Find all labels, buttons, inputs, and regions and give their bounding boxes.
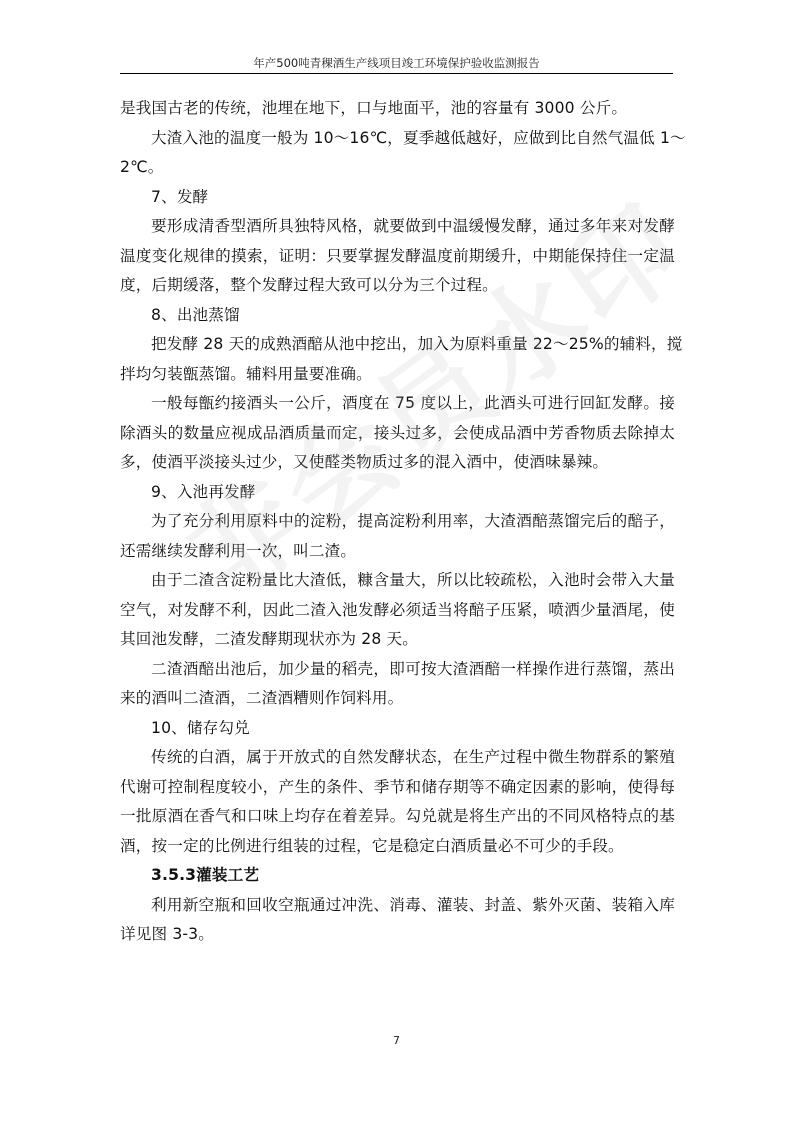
- text-line: 由于二渣含淀粉量比大渣低，糠含量大，所以比较疏松，入池时会带入大量: [120, 566, 675, 596]
- text-line: 代谢可控制程度较小，产生的条件、季节和储存期等不确定因素的影响，使得每: [120, 773, 675, 803]
- text-line: 为了充分利用原料中的淀粉，提高淀粉利用率，大渣酒醅蒸馏完后的醅子，: [120, 507, 675, 537]
- text-line: 详见图 3-3。: [120, 920, 675, 950]
- text-line: 多，使酒平淡接头过少，又使醛类物质过多的混入酒中，使酒味暴辣。: [120, 448, 675, 478]
- text-line: 传统的白酒，属于开放式的自然发酵状态，在生产过程中微生物群系的繁殖: [120, 743, 675, 773]
- text-line: 来的酒叫二渣酒，二渣酒糟则作饲料用。: [120, 684, 675, 714]
- text-line: 要形成清香型酒所具独特风格，就要做到中温缓慢发酵，通过多年来对发酵: [120, 212, 675, 242]
- text-line: 其回池发酵，二渣发酵期现状亦为 28 天。: [120, 625, 675, 655]
- running-header: 年产500吨青稞酒生产线项目竣工环境保护验收监测报告: [120, 56, 673, 70]
- text-line: 一批原酒在香气和口味上均存在着差异。勾兑就是将生产出的不同风格特点的基: [120, 802, 675, 832]
- text-line: 拌均匀装甑蒸馏。辅料用量要准确。: [120, 360, 675, 390]
- text-line: 温度变化规律的摸索，证明：只要掌握发酵温度前期缓升，中期能保持住一定温: [120, 242, 675, 272]
- text-line: 二渣酒醅出池后，加少量的稻壳，即可按大渣酒醅一样操作进行蒸馏，蒸出: [120, 655, 675, 685]
- document-page: 年产500吨青稞酒生产线项目竣工环境保护验收监测报告 是我国古老的传统，池埋在地…: [0, 0, 793, 1122]
- text-line: 把发酵 28 天的成熟酒醅从池中挖出，加入为原料重量 22～25%的辅料，搅: [120, 330, 675, 360]
- subsection-heading: 3.5.3灌装工艺: [120, 861, 675, 891]
- text-line: 一般每甑约接酒头一公斤，酒度在 75 度以上，此酒头可进行回缸发酵。接: [120, 389, 675, 419]
- text-line: 利用新空瓶和回收空瓶通过冲洗、消毒、灌装、封盖、紫外灭菌、装箱入库: [120, 891, 675, 921]
- section-heading: 10、储存勾兑: [120, 714, 675, 744]
- text-line: 还需继续发酵利用一次，叫二渣。: [120, 537, 675, 567]
- text-line: 2℃。: [120, 153, 675, 183]
- text-line: 大渣入池的温度一般为 10～16℃，夏季越低越好，应做到比自然气温低 1～: [120, 124, 675, 154]
- text-line: 空气，对发酵不利，因此二渣入池发酵必须适当将醅子压紧，喷洒少量酒尾，使: [120, 596, 675, 626]
- header-rule: [120, 73, 673, 74]
- section-heading: 9、入池再发酵: [120, 478, 675, 508]
- section-heading: 7、发酵: [120, 183, 675, 213]
- text-line: 酒，按一定的比例进行组装的过程，它是稳定白酒质量必不可少的手段。: [120, 832, 675, 862]
- page-number: 7: [0, 1034, 793, 1047]
- text-line: 除酒头的数量应视成品酒质量而定，接头过多，会使成品酒中芳香物质去除掉太: [120, 419, 675, 449]
- section-heading: 8、出池蒸馏: [120, 301, 675, 331]
- text-line: 度，后期缓落，整个发酵过程大致可以分为三个过程。: [120, 271, 675, 301]
- body-text: 是我国古老的传统，池埋在地下，口与地面平，池的容量有 3000 公斤。 大渣入池…: [120, 94, 675, 950]
- text-line: 是我国古老的传统，池埋在地下，口与地面平，池的容量有 3000 公斤。: [120, 94, 675, 124]
